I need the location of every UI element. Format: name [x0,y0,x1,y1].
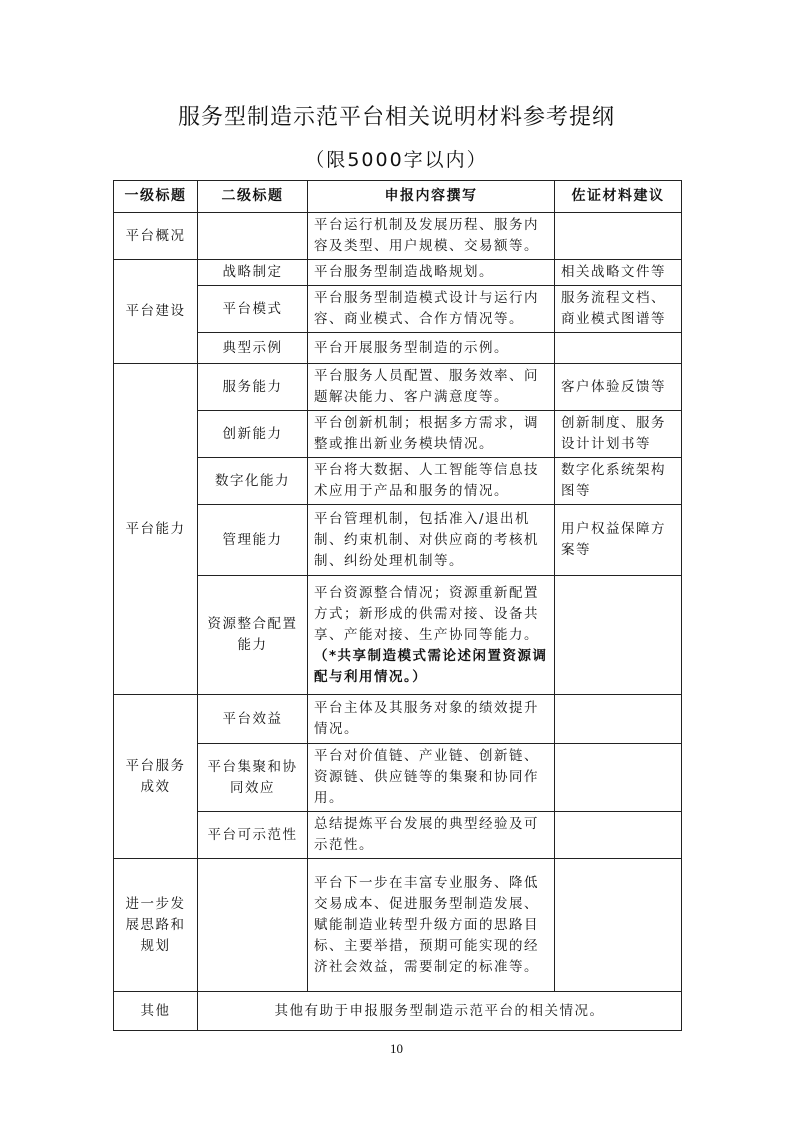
level2-cell: 创新能力 [198,411,308,458]
content-cell: 平台主体及其服务对象的绩效提升情况。 [308,695,555,744]
content-cell: 平台创新机制；根据多方需求，调整或推出新业务模块情况。 [308,411,555,458]
table-row: 进一步发展思路和规划 平台下一步在丰富专业服务、降低交易成本、促进服务型制造发展… [114,859,682,992]
table-row: 创新能力 平台创新机制；根据多方需求，调整或推出新业务模块情况。 创新制度、服务… [114,411,682,458]
content-cell: 平台服务型制造战略规划。 [308,260,555,286]
content-cell: 平台管理机制，包括准入/退出机制、约束机制、对供应商的考核机制、纠纷处理机制等。 [308,505,555,576]
evidence-cell: 用户权益保障方案等 [555,505,682,576]
document-title: 服务型制造示范平台相关说明材料参考提纲 [0,100,793,131]
content-cell: 平台将大数据、人工智能等信息技术应用于产品和服务的情况。 [308,458,555,505]
evidence-cell [555,213,682,260]
table-row: 平台能力 服务能力 平台服务人员配置、服务效率、问题解决能力、客户满意度等。 客… [114,364,682,411]
content-cell: 平台服务人员配置、服务效率、问题解决能力、客户满意度等。 [308,364,555,411]
outline-table: 一级标题 二级标题 申报内容撰写 佐证材料建议 平台概况 平台运行机制及发展历程… [113,180,682,1031]
content-cell: 平台资源整合情况；资源重新配置方式；新形成的供需对接、设备共享、产能对接、生产协… [308,576,555,695]
evidence-cell [555,812,682,859]
shared-manufacturing-note: （*共享制造模式需论述闲置资源调配与利用情况。） [314,648,548,685]
table-row: 平台建设 战略制定 平台服务型制造战略规划。 相关战略文件等 [114,260,682,286]
level2-cell: 战略制定 [198,260,308,286]
evidence-cell [555,695,682,744]
level1-cell: 平台概况 [114,213,198,260]
content-cell: 平台服务型制造模式设计与运行内容、商业模式、合作方情况等。 [308,286,555,333]
table-row: 数字化能力 平台将大数据、人工智能等信息技术应用于产品和服务的情况。 数字化系统… [114,458,682,505]
level2-cell: 管理能力 [198,505,308,576]
header-level2: 二级标题 [198,181,308,213]
evidence-cell [555,333,682,364]
level2-cell [198,213,308,260]
level1-cell: 平台能力 [114,364,198,695]
header-level1: 一级标题 [114,181,198,213]
word-limit-note: （限5000字以内） [0,145,793,172]
table-row: 典型示例 平台开展服务型制造的示例。 [114,333,682,364]
content-cell: 总结提炼平台发展的典型经验及可示范性。 [308,812,555,859]
content-cell: 平台对价值链、产业链、创新链、资源链、供应链等的集聚和协同作用。 [308,744,555,812]
content-cell: 平台开展服务型制造的示例。 [308,333,555,364]
level2-cell: 数字化能力 [198,458,308,505]
level1-cell: 平台建设 [114,260,198,364]
level2-cell: 平台模式 [198,286,308,333]
table-row: 平台可示范性 总结提炼平台发展的典型经验及可示范性。 [114,812,682,859]
content-cell: 平台下一步在丰富专业服务、降低交易成本、促进服务型制造发展、赋能制造业转型升级方… [308,859,555,992]
table-row: 管理能力 平台管理机制，包括准入/退出机制、约束机制、对供应商的考核机制、纠纷处… [114,505,682,576]
table-row: 平台服务成效 平台效益 平台主体及其服务对象的绩效提升情况。 [114,695,682,744]
level2-cell: 资源整合配置能力 [198,576,308,695]
level2-cell: 平台集聚和协同效应 [198,744,308,812]
evidence-cell: 数字化系统架构图等 [555,458,682,505]
evidence-cell: 客户体验反馈等 [555,364,682,411]
content-text: 平台资源整合情况；资源重新配置方式；新形成的供需对接、设备共享、产能对接、生产协… [314,585,539,643]
table-row: 平台概况 平台运行机制及发展历程、服务内容及类型、用户规模、交易额等。 [114,213,682,260]
level2-cell: 平台效益 [198,695,308,744]
header-content: 申报内容撰写 [308,181,555,213]
content-cell: 其他有助于申报服务型制造示范平台的相关情况。 [198,992,682,1031]
evidence-cell: 创新制度、服务设计计划书等 [555,411,682,458]
evidence-cell: 服务流程文档、商业模式图谱等 [555,286,682,333]
content-cell: 平台运行机制及发展历程、服务内容及类型、用户规模、交易额等。 [308,213,555,260]
level1-cell: 进一步发展思路和规划 [114,859,198,992]
header-evidence: 佐证材料建议 [555,181,682,213]
level2-cell [198,859,308,992]
evidence-cell: 相关战略文件等 [555,260,682,286]
evidence-cell [555,576,682,695]
table-row: 其他 其他有助于申报服务型制造示范平台的相关情况。 [114,992,682,1031]
table-row: 平台集聚和协同效应 平台对价值链、产业链、创新链、资源链、供应链等的集聚和协同作… [114,744,682,812]
level2-cell: 平台可示范性 [198,812,308,859]
level2-cell: 典型示例 [198,333,308,364]
table-row: 资源整合配置能力 平台资源整合情况；资源重新配置方式；新形成的供需对接、设备共享… [114,576,682,695]
page-number: 10 [0,1041,793,1057]
evidence-cell [555,859,682,992]
level1-cell: 其他 [114,992,198,1031]
level1-cell: 平台服务成效 [114,695,198,859]
level2-cell: 服务能力 [198,364,308,411]
evidence-cell [555,744,682,812]
table-header-row: 一级标题 二级标题 申报内容撰写 佐证材料建议 [114,181,682,213]
table-row: 平台模式 平台服务型制造模式设计与运行内容、商业模式、合作方情况等。 服务流程文… [114,286,682,333]
